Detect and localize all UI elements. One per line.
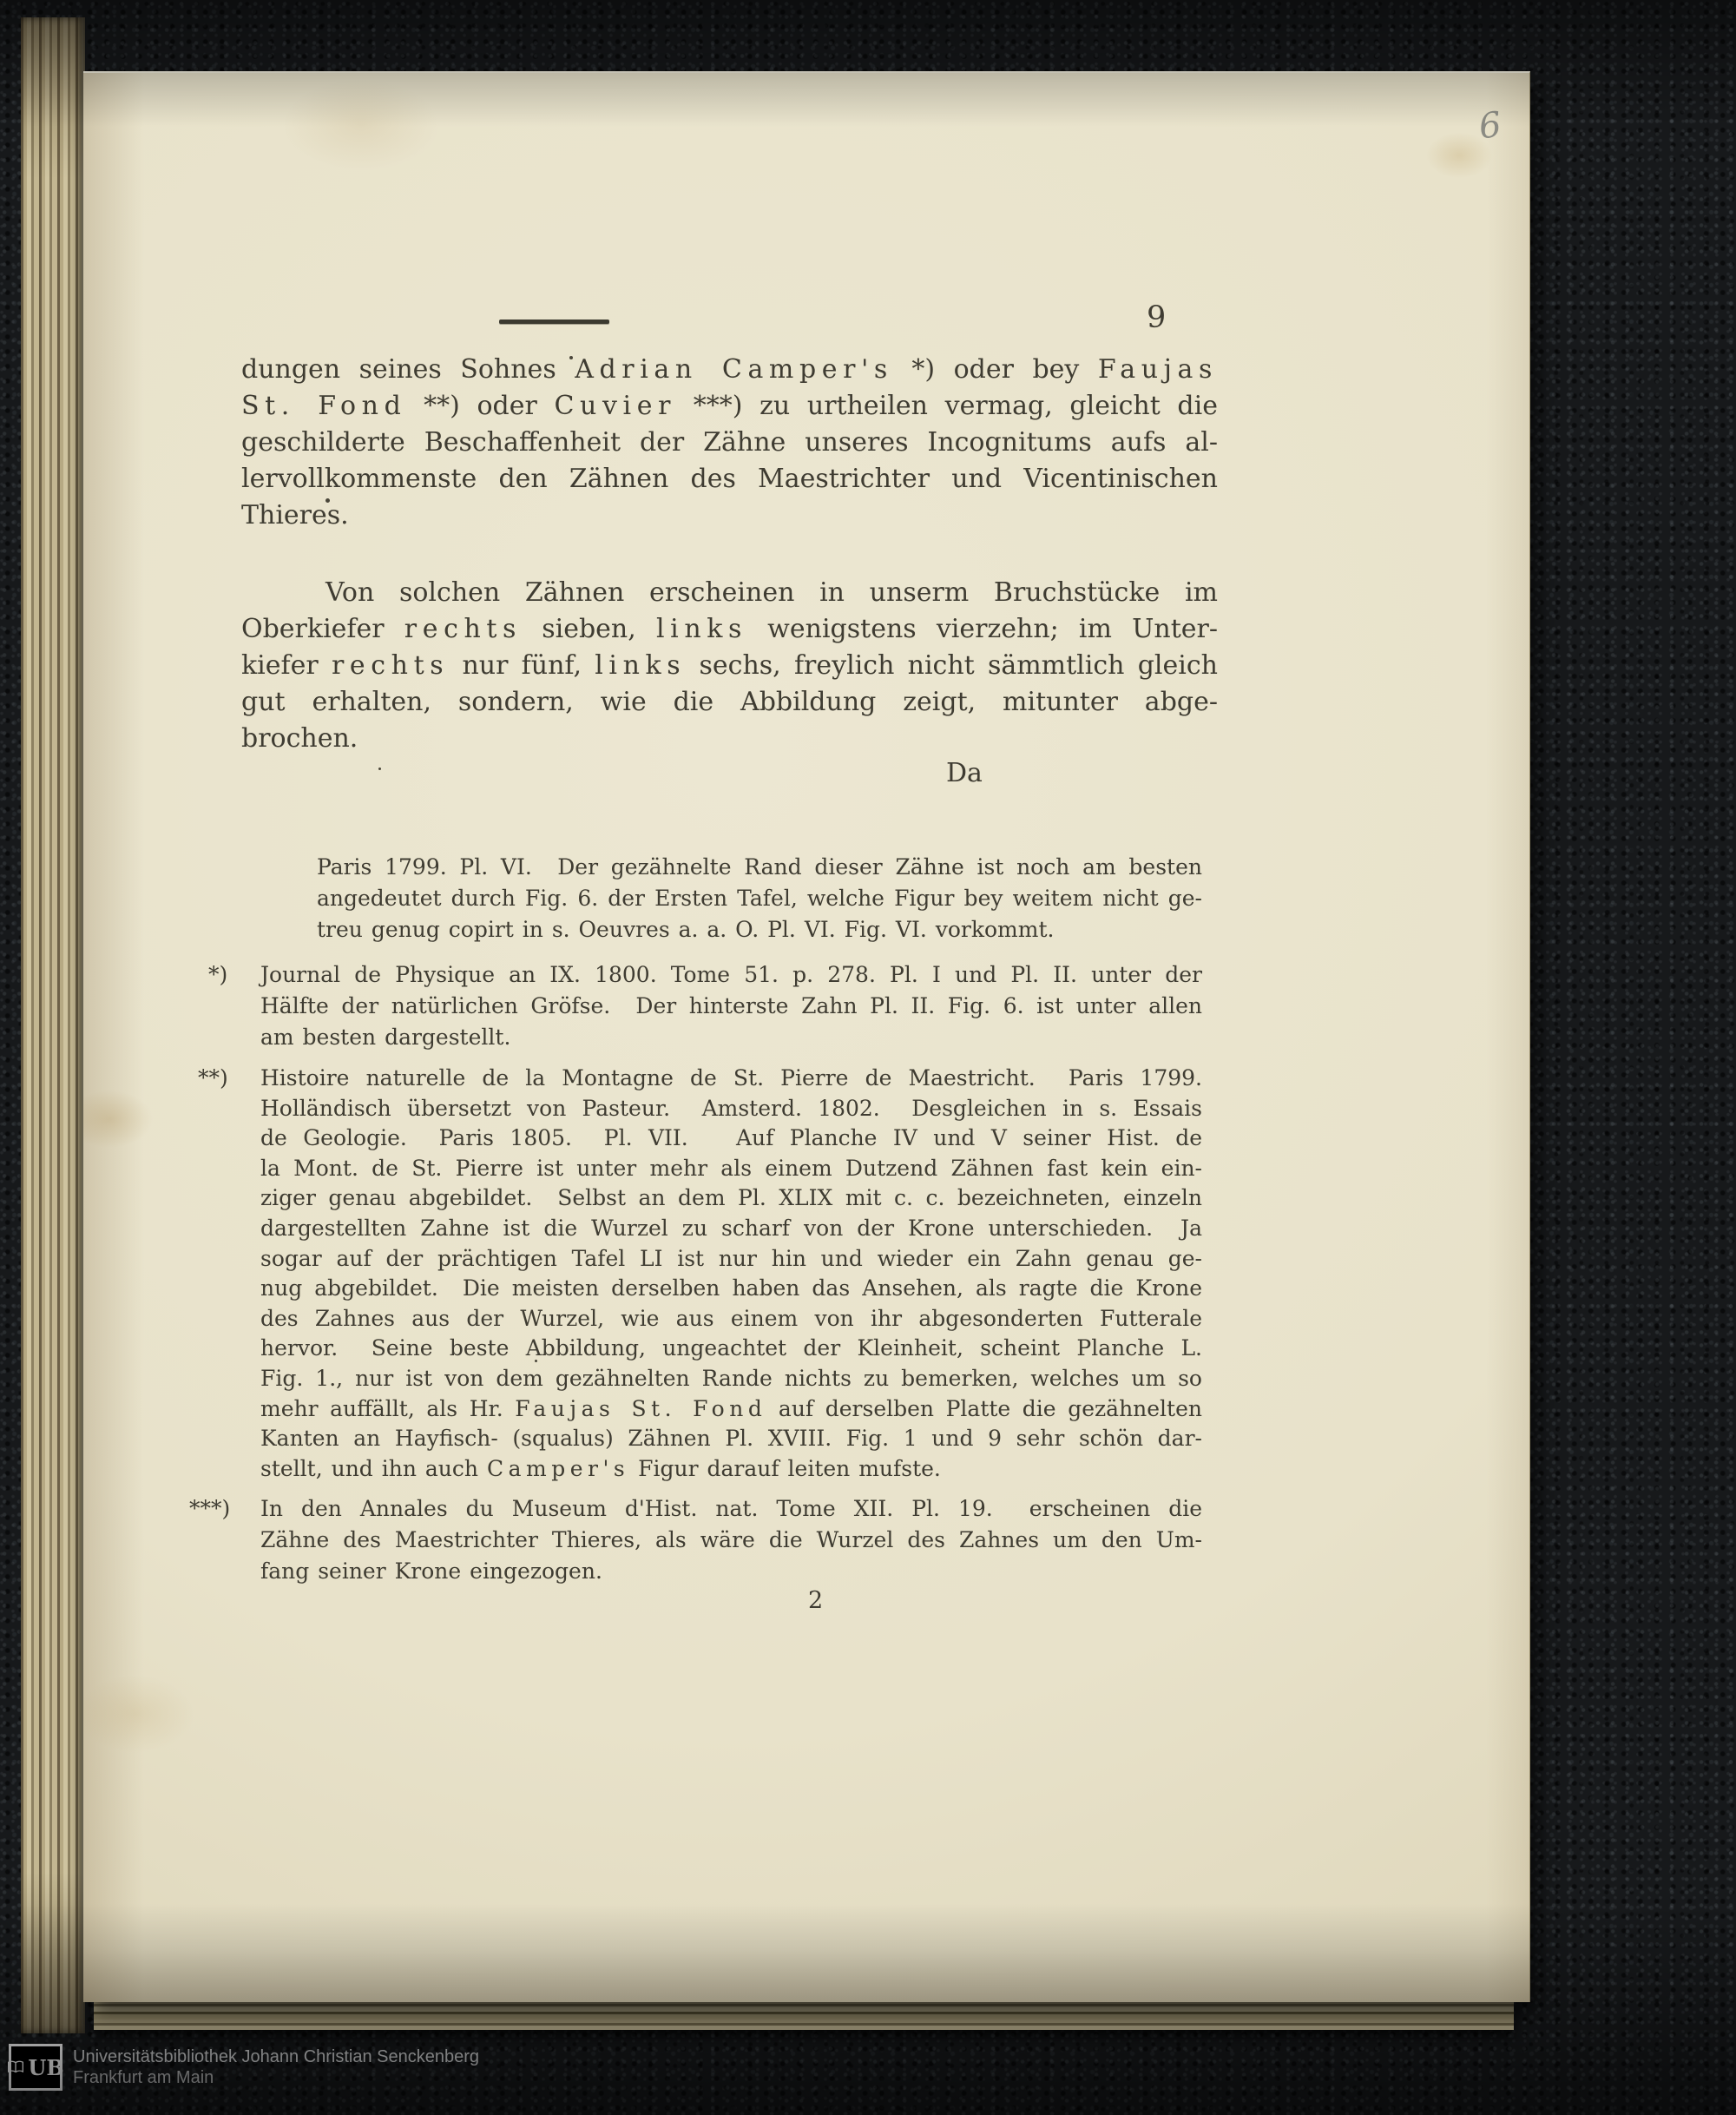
ornamental-rule — [499, 320, 609, 324]
text-line: Hälfte der natürlichen Gröfse. Der hinte… — [260, 991, 1202, 1022]
scanned-page: 9 6 dungen seines Sohnes Adrian Camper's… — [83, 71, 1530, 2002]
library-name: Universitätsbibliothek Johann Christian … — [73, 2046, 479, 2067]
text-line: Oberkiefer rechts sieben, links wenigste… — [241, 611, 1218, 648]
text-line: Zähne des Maestrichter Thieres, als wäre… — [260, 1525, 1202, 1556]
ink-speck — [535, 1360, 537, 1362]
text-line: Journal de Physique an IX. 1800. Tome 51… — [260, 959, 1202, 991]
text-line: geschilderte Beschaffenheit der Zähne un… — [241, 425, 1218, 461]
text-line: hervor. Seine beste Abbildung, ungeachte… — [260, 1334, 1202, 1364]
text-line: Von solchen Zähnen erscheinen in unserm … — [241, 575, 1218, 611]
signature-mark: 2 — [808, 1587, 823, 1614]
text-line: angedeutet durch Fig. 6. der Ersten Tafe… — [317, 883, 1202, 914]
text-line: Fig. 1., nur ist von dem gezähnelten Ran… — [260, 1364, 1202, 1394]
text-line: sogar auf der prächtigen Tafel LI ist nu… — [260, 1244, 1202, 1275]
text-line: Thieres. — [241, 497, 1218, 534]
text-line: stellt, und ihn auch Camper's Figur dara… — [260, 1454, 1202, 1485]
footnote-2: **) Histoire naturelle de la Montagne de… — [260, 1064, 1202, 1484]
text-line: kiefer rechts nur fünf, links sechs, fre… — [241, 648, 1218, 684]
footnote-1: *) Journal de Physique an IX. 1800. Tome… — [260, 959, 1202, 1053]
text-line: fang seiner Krone eingezogen. — [260, 1556, 1202, 1587]
text-line: Holländisch übersetzt von Pasteur. Amste… — [260, 1094, 1202, 1124]
text-line: Kanten an Hayfisch- (squalus) Zähnen Pl.… — [260, 1424, 1202, 1454]
ub-logo-text: UB — [28, 2055, 63, 2080]
text-line: la Mont. de St. Pierre ist unter mehr al… — [260, 1154, 1202, 1184]
library-city: Frankfurt am Main — [73, 2067, 479, 2088]
body-paragraph-2: Von solchen Zähnen erscheinen in unserm … — [241, 575, 1218, 757]
page-number: 9 — [1147, 300, 1166, 335]
text-line: de Geologie. Paris 1805. Pl. VII. Auf Pl… — [260, 1123, 1202, 1154]
ink-speck — [378, 768, 381, 770]
footnote-2-text: Histoire naturelle de la Montagne de St.… — [260, 1064, 1202, 1484]
ink-speck — [325, 498, 330, 503]
text-line: dungen seines Sohnes Adrian Camper's *) … — [241, 352, 1218, 388]
text-line: Histoire naturelle de la Montagne de St.… — [260, 1064, 1202, 1094]
footnote-1-text: Journal de Physique an IX. 1800. Tome 51… — [260, 959, 1202, 1053]
page-stack-bottom-edge — [94, 2000, 1514, 2030]
footnote-continuation: Paris 1799. Pl. VI. Der gezähnelte Rand … — [317, 852, 1202, 945]
ub-logo: UB — [9, 2044, 62, 2091]
text-line: lervollkommenste den Zähnen des Maestric… — [241, 461, 1218, 497]
handwritten-folio-number: 6 — [1476, 105, 1503, 148]
text-line: ziger genau abgebildet. Selbst an dem Pl… — [260, 1183, 1202, 1214]
footnote-3-marker: ***) — [189, 1493, 230, 1525]
text-line: am besten dargestellt. — [260, 1022, 1202, 1053]
footnote-2-marker: **) — [198, 1064, 228, 1094]
text-line: brochen. — [241, 721, 1218, 757]
page-stack-left-edge — [21, 17, 85, 2033]
catchword: Da — [946, 758, 983, 788]
text-line: Paris 1799. Pl. VI. Der gezähnelte Rand … — [317, 852, 1202, 883]
book-icon — [7, 2060, 24, 2074]
text-line: mehr auffällt, als Hr. Faujas St. Fond a… — [260, 1394, 1202, 1425]
text-line: nug abgebildet. Die meisten derselben ha… — [260, 1274, 1202, 1304]
library-watermark: UB Universitätsbibliothek Johann Christi… — [9, 2044, 479, 2091]
body-paragraph-1: dungen seines Sohnes Adrian Camper's *) … — [241, 352, 1218, 534]
text-line: gut erhalten, sondern, wie die Abbildung… — [241, 684, 1218, 721]
text-line: St. Fond **) oder Cuvier ***) zu urtheil… — [241, 388, 1218, 425]
footnote-1-marker: *) — [208, 959, 227, 991]
text-line: des Zahnes aus der Wurzel, wie aus einem… — [260, 1304, 1202, 1334]
text-line: treu genug copirt in s. Oeuvres a. a. O.… — [317, 914, 1202, 945]
ink-speck — [569, 356, 573, 359]
footnote-3: ***) In den Annales du Museum d'Hist. na… — [260, 1493, 1202, 1587]
book-scan: 9 6 dungen seines Sohnes Adrian Camper's… — [0, 0, 1736, 2115]
text-line: dargestellten Zahne ist die Wurzel zu sc… — [260, 1214, 1202, 1244]
text-line: In den Annales du Museum d'Hist. nat. To… — [260, 1493, 1202, 1525]
footnote-3-text: In den Annales du Museum d'Hist. nat. To… — [260, 1493, 1202, 1587]
